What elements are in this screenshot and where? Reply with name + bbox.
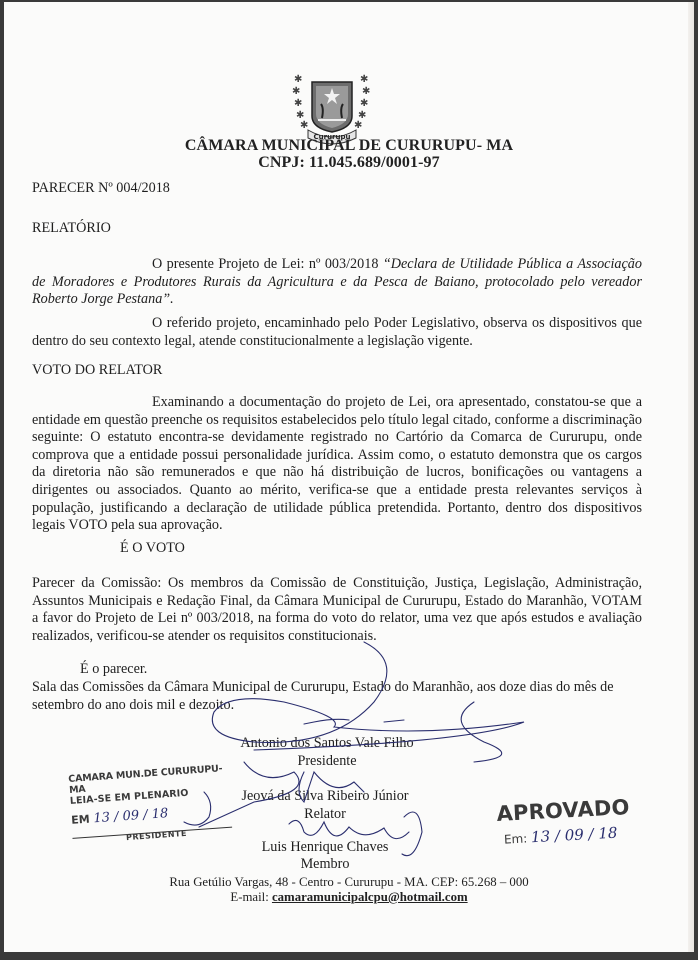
institution-cnpj: CNPJ: 11.045.689/0001-97 bbox=[4, 154, 694, 172]
plenary-stamp: CAMARA MUN.DE CURURUPU-MA LEIA-SE EM PLE… bbox=[68, 762, 241, 846]
signatory-name-president: Antonio dos Santos Vale Filho bbox=[0, 735, 672, 753]
footer-email-line: E-mail: camaramunicipalcpu@hotmail.com bbox=[4, 890, 694, 904]
footer-address: Rua Getúlio Vargas, 48 - Centro - Cururu… bbox=[4, 875, 694, 889]
svg-text:✱: ✱ bbox=[360, 98, 368, 109]
signatory-role-president: Presidente bbox=[0, 753, 672, 771]
approved-stamp: APROVADO Em: 13 / 09 / 18 bbox=[496, 795, 631, 848]
email-link[interactable]: camaramunicipalcpu@hotmail.com bbox=[272, 890, 468, 904]
closing-line: É o parecer. bbox=[80, 661, 147, 679]
vote-paragraph: Examinando a documentação do projeto de … bbox=[32, 394, 642, 535]
svg-text:✱: ✱ bbox=[354, 120, 362, 131]
svg-text:✱: ✱ bbox=[294, 74, 302, 85]
institution-name: CÂMARA MUNICIPAL DE CURURUPU- MA bbox=[4, 137, 694, 155]
svg-text:✱: ✱ bbox=[292, 86, 300, 97]
report-paragraph-2: O referido projeto, encaminhado pelo Pod… bbox=[32, 315, 642, 350]
section-heading-report: RELATÓRIO bbox=[32, 220, 111, 238]
handwritten-date: 13 / 09 / 18 bbox=[93, 806, 169, 826]
svg-text:✱: ✱ bbox=[294, 98, 302, 109]
document-number: PARECER Nº 004/2018 bbox=[32, 180, 170, 198]
svg-text:✱: ✱ bbox=[362, 86, 370, 97]
svg-text:✱: ✱ bbox=[360, 74, 368, 85]
document-page: ✱✱ ✱✱ ✱ ✱✱ ✱✱ ✱ Cururupu CÂMARA MUNICIPA… bbox=[4, 2, 694, 952]
commission-paragraph: Parecer da Comissão: Os membros da Comis… bbox=[32, 575, 642, 645]
vote-closing: É O VOTO bbox=[120, 540, 185, 558]
section-heading-vote: VOTO DO RELATOR bbox=[32, 362, 162, 380]
report-paragraph-1: O presente Projeto de Lei: nº 003/2018 “… bbox=[32, 256, 642, 309]
municipal-crest-icon: ✱✱ ✱✱ ✱ ✱✱ ✱✱ ✱ Cururupu bbox=[288, 68, 376, 146]
svg-text:✱: ✱ bbox=[300, 120, 308, 131]
signatory-role-member: Membro bbox=[0, 856, 670, 874]
place-date: Sala das Comissões da Câmara Municipal d… bbox=[32, 679, 652, 714]
